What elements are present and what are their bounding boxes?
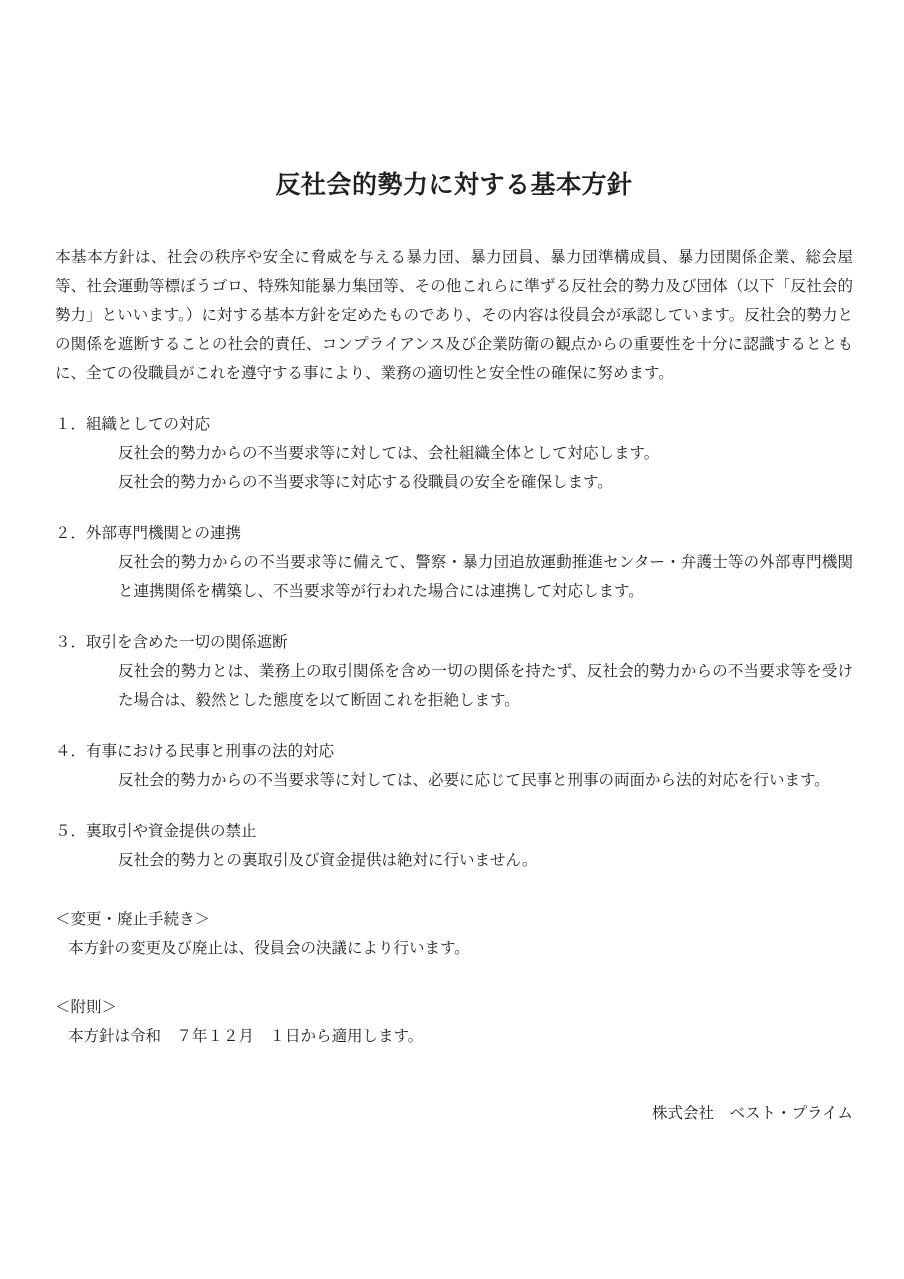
numbered-sections: １．組織としての対応反社会的勢力からの不当要求等に対しては、会社組織全体として対… [55, 410, 853, 875]
procedures-section: ＜変更・廃止手続き＞ 本方針の変更及び廃止は、役員会の決議により行います。 [55, 905, 853, 963]
supplementary-heading: ＜附則＞ [55, 993, 853, 1022]
section-text: 反社会的勢力からの不当要求等に対しては、必要に応じて民事と刑事の両面から法的対応… [55, 766, 853, 795]
section-text: 反社会的勢力からの不当要求等に対しては、会社組織全体として対応します。 [55, 439, 853, 468]
policy-section: ２．外部専門機関との連携反社会的勢力からの不当要求等に備えて、警察・暴力団追放運… [55, 519, 853, 606]
section-text: 反社会的勢力とは、業務上の取引関係を含め一切の関係を持たず、反社会的勢力からの不… [55, 657, 853, 715]
section-text: 反社会的勢力からの不当要求等に備えて、警察・暴力団追放運動推進センター・弁護士等… [55, 548, 853, 606]
section-text: 反社会的勢力との裏取引及び資金提供は絶対に行いません。 [55, 846, 853, 875]
policy-section: ３．取引を含めた一切の関係遮断反社会的勢力とは、業務上の取引関係を含め一切の関係… [55, 628, 853, 715]
company-signature: 株式会社 ベスト・プライム [55, 1099, 853, 1128]
section-heading: ３．取引を含めた一切の関係遮断 [55, 628, 853, 657]
policy-section: ５．裏取引や資金提供の禁止反社会的勢力との裏取引及び資金提供は絶対に行いません。 [55, 817, 853, 875]
policy-section: ４．有事における民事と刑事の法的対応反社会的勢力からの不当要求等に対しては、必要… [55, 737, 853, 795]
page-title: 反社会的勢力に対する基本方針 [55, 168, 853, 203]
section-heading: ５．裏取引や資金提供の禁止 [55, 817, 853, 846]
section-heading: ４．有事における民事と刑事の法的対応 [55, 737, 853, 766]
supplementary-body: 本方針は令和 ７年１２月 １日から適用します。 [55, 1022, 853, 1051]
section-heading: １．組織としての対応 [55, 410, 853, 439]
section-text: 反社会的勢力からの不当要求等に対応する役職員の安全を確保します。 [55, 468, 853, 497]
document-page: 反社会的勢力に対する基本方針 本基本方針は、社会の秩序や安全に脅威を与える暴力団… [0, 0, 904, 1279]
procedures-body: 本方針の変更及び廃止は、役員会の決議により行います。 [55, 934, 853, 963]
supplementary-section: ＜附則＞ 本方針は令和 ７年１２月 １日から適用します。 [55, 993, 853, 1051]
intro-paragraph: 本基本方針は、社会の秩序や安全に脅威を与える暴力団、暴力団員、暴力団準構成員、暴… [55, 243, 853, 388]
policy-section: １．組織としての対応反社会的勢力からの不当要求等に対しては、会社組織全体として対… [55, 410, 853, 497]
section-heading: ２．外部専門機関との連携 [55, 519, 853, 548]
procedures-heading: ＜変更・廃止手続き＞ [55, 905, 853, 934]
